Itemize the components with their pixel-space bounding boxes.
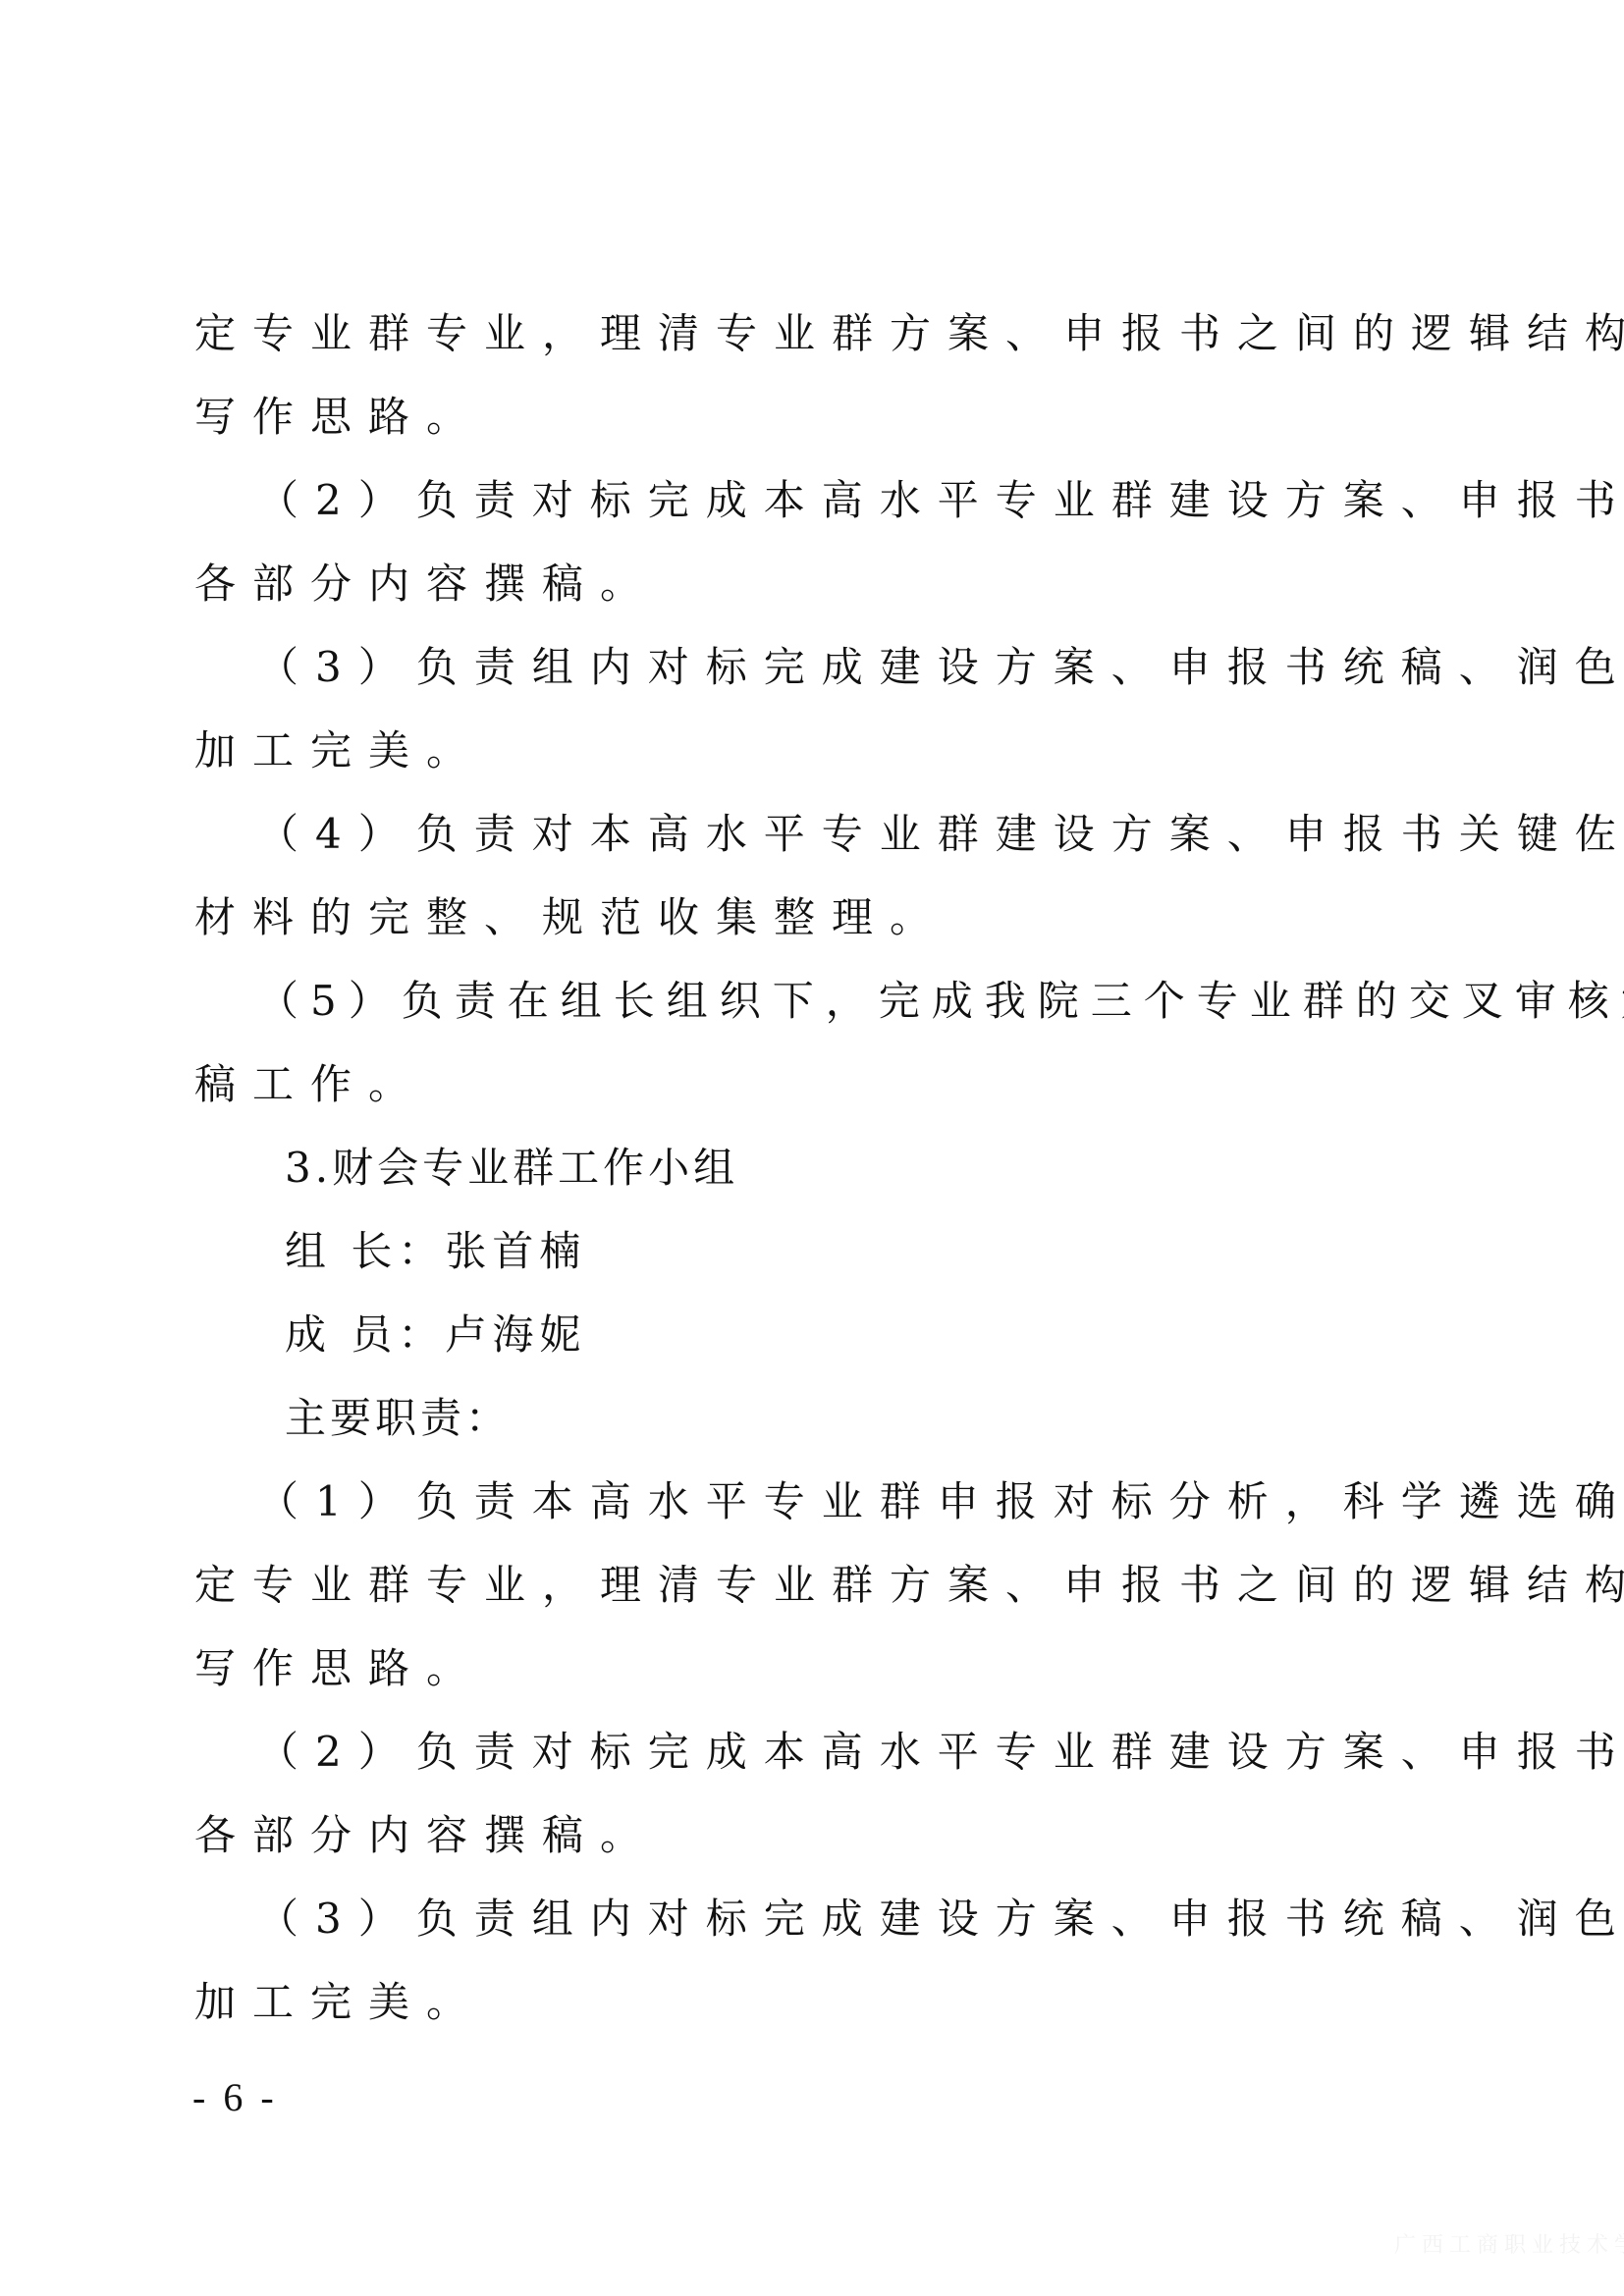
responsibility-item-2: （2）负责对标完成本高水平专业群建设方案、申报书	[257, 1728, 1624, 1777]
page-number: - 6 -	[192, 2076, 278, 2119]
responsibilities-label: 主要职责：	[285, 1394, 511, 1443]
paragraph-line: 加工完美。	[194, 1978, 484, 2027]
paragraph-line: 各部分内容撰稿。	[194, 560, 658, 609]
paragraph-line: 写作思路。	[194, 393, 484, 442]
paragraph-line: 定专业群专业，理清专业群方案、申报书之间的逻辑结构和	[194, 309, 1624, 358]
responsibility-item-3: （3）负责组内对标完成建设方案、申报书统稿、润色、	[257, 643, 1624, 692]
paragraph-line: 加工完美。	[194, 726, 484, 775]
paragraph-line: 各部分内容撰稿。	[194, 1811, 658, 1860]
responsibility-item-1: （1）负责本高水平专业群申报对标分析，科学遴选确	[257, 1477, 1624, 1526]
responsibility-item-3: （3）负责组内对标完成建设方案、申报书统稿、润色、	[257, 1895, 1624, 1944]
responsibility-item-2: （2）负责对标完成本高水平专业群建设方案、申报书	[257, 476, 1624, 525]
document-page: 定专业群专业，理清专业群方案、申报书之间的逻辑结构和 写作思路。 （2）负责对标…	[0, 0, 1624, 2296]
responsibility-item-5: （5）负责在组长组织下，完成我院三个专业群的交叉审核定	[257, 977, 1624, 1026]
section-heading: 3.财会专业群工作小组	[285, 1144, 738, 1193]
team-leader-line: 组 长：张首楠	[285, 1227, 586, 1276]
paragraph-line: 定专业群专业，理清专业群方案、申报书之间的逻辑结构和	[194, 1561, 1624, 1610]
responsibility-item-4: （4）负责对本高水平专业群建设方案、申报书关键佐证	[257, 810, 1624, 859]
paragraph-line: 写作思路。	[194, 1644, 484, 1693]
watermark: 广西工商职业技术学院	[1394, 2233, 1624, 2259]
team-member-line: 成 员：卢海妮	[285, 1310, 586, 1360]
paragraph-line: 材料的完整、规范收集整理。	[194, 893, 947, 942]
paragraph-line: 稿工作。	[194, 1060, 426, 1109]
